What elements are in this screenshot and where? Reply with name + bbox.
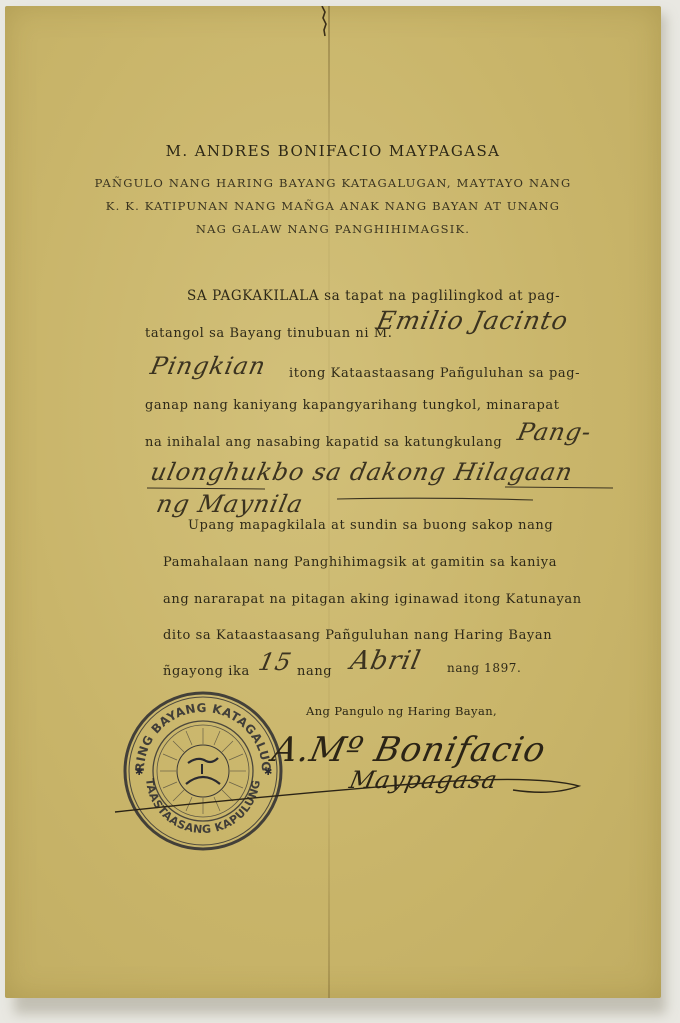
body-line-5-printed: na inihalal ang nasabing kapatid sa katu… bbox=[145, 435, 505, 450]
body-line-10: ang nararapat na pitagan aking iginawad … bbox=[163, 592, 597, 607]
body-line-8: Upang mapagkilala at sundin sa buong sak… bbox=[188, 518, 597, 533]
handwritten-month: Abril bbox=[348, 646, 424, 676]
signature-title: Ang Pangulo ng Haring Bayan, bbox=[306, 704, 497, 718]
document-title: M. ANDRES BONIFACIO MAYPAGASA bbox=[5, 142, 661, 160]
body-line-4: ganap nang kaniyang kapangyarihang tungk… bbox=[145, 398, 597, 413]
date-line-prefix: ñgayong ika bbox=[163, 664, 250, 679]
handwritten-name: Emilio Jacinto bbox=[374, 306, 571, 335]
date-line-nang: nang bbox=[297, 664, 332, 679]
handwritten-day: 15 bbox=[256, 648, 294, 676]
handwritten-position-2: ulonghukbo sa dakong Hilagaan bbox=[148, 458, 576, 486]
subtitle-line-2: K. K. KATIPUNAN NANG MAÑGA ANAK NANG BAY… bbox=[5, 199, 661, 213]
body-line-9: Pamahalaan nang Panghihimagsik at gamiti… bbox=[163, 555, 597, 570]
body-line-3-printed: itong Kataastaasang Pañguluhan sa pag- bbox=[289, 366, 597, 381]
signature-line-1: A.Mº Bonifacio bbox=[269, 730, 550, 770]
handwritten-position-1: Pang- bbox=[515, 418, 594, 446]
document-paper: M. ANDRES BONIFACIO MAYPAGASA PAÑGULO NA… bbox=[5, 6, 661, 998]
paper-tear-icon bbox=[319, 6, 329, 40]
body-line-1: SA PAGKAKILALA sa tapat na paglilingkod … bbox=[187, 288, 597, 304]
subtitle-line-1: PAÑGULO NANG HARING BAYANG KATAGALUGAN, … bbox=[5, 176, 661, 190]
body-line-11: dito sa Kataastaasang Pañguluhan nang Ha… bbox=[163, 628, 597, 643]
handwritten-position-3: ng Maynila bbox=[154, 490, 306, 518]
date-line-year: nang 1897. bbox=[447, 661, 521, 675]
handwritten-surname: Pingkian bbox=[148, 352, 269, 380]
handwritten-dash-line bbox=[335, 496, 535, 502]
signature-flourish bbox=[113, 766, 583, 816]
body-line-2-printed: tatangol sa Bayang tinubuan ni M. bbox=[145, 326, 375, 341]
subtitle-line-3: NAG GALAW NANG PANGHIHIMAGSIK. bbox=[5, 222, 661, 236]
